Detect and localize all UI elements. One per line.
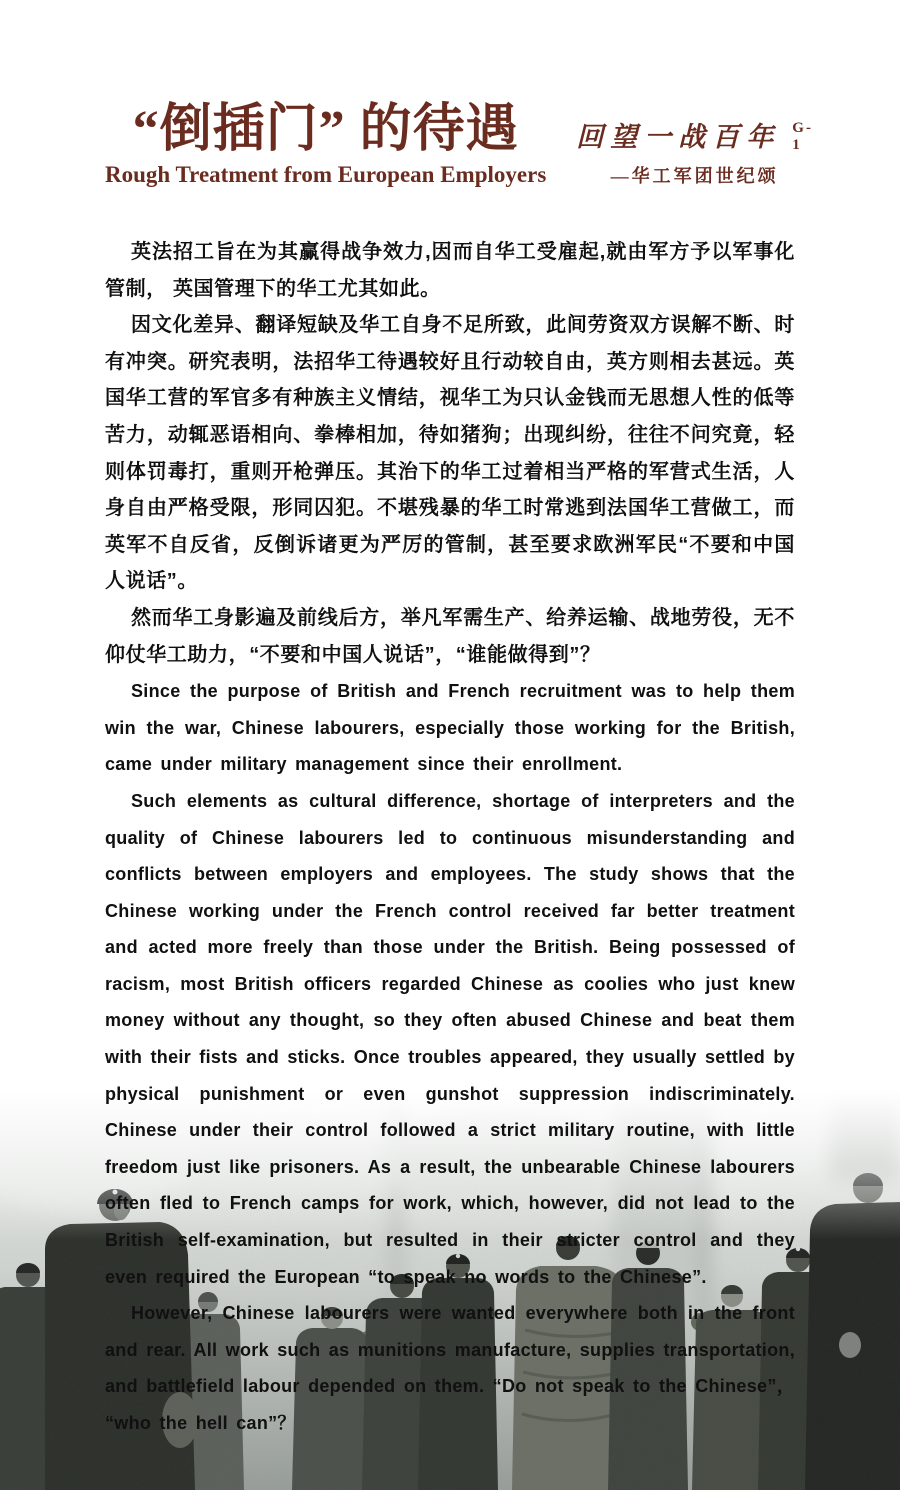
series-subtitle: —华工军团世纪颂 [576, 162, 813, 188]
series-title-row: 回望一战百年 G-1 [576, 115, 813, 154]
paragraph-english: However, Chinese labourers were wanted e… [105, 1295, 795, 1441]
exhibition-panel: “倒插门” 的待遇 Rough Treatment from European … [0, 0, 900, 1490]
series-code: G-1 [792, 120, 813, 154]
body-text: 英法招工旨在为其赢得战争效力,因而自华工受雇起,就由军方予以军事化管制， 英国管… [105, 234, 795, 1442]
paragraph-chinese: 因文化差异、翻译短缺及华工自身不足所致，此间劳资双方误解不断、时有冲突。研究表明… [105, 307, 795, 600]
series-calligraphy: 回望一战百年 [576, 115, 780, 154]
paragraph-chinese: 然而华工身影遍及前线后方，举凡军需生产、给养运输、战地劳役，无不仰仗华工助力，“… [105, 600, 795, 673]
panel-header: “倒插门” 的待遇 Rough Treatment from European … [105, 100, 795, 188]
series-block: 回望一战百年 G-1 —华工军团世纪颂 [576, 101, 813, 188]
paragraph-chinese: 英法招工旨在为其赢得战争效力,因而自华工受雇起,就由军方予以军事化管制， 英国管… [105, 234, 795, 307]
page-title-english: Rough Treatment from European Employers [105, 162, 546, 188]
paragraph-english: Since the purpose of British and French … [105, 673, 795, 783]
title-block: “倒插门” 的待遇 Rough Treatment from European … [105, 100, 546, 188]
panel-content: “倒插门” 的待遇 Rough Treatment from European … [0, 100, 900, 1442]
page-title: “倒插门” 的待遇 [105, 100, 546, 160]
paragraph-english: Such elements as cultural difference, sh… [105, 783, 795, 1295]
